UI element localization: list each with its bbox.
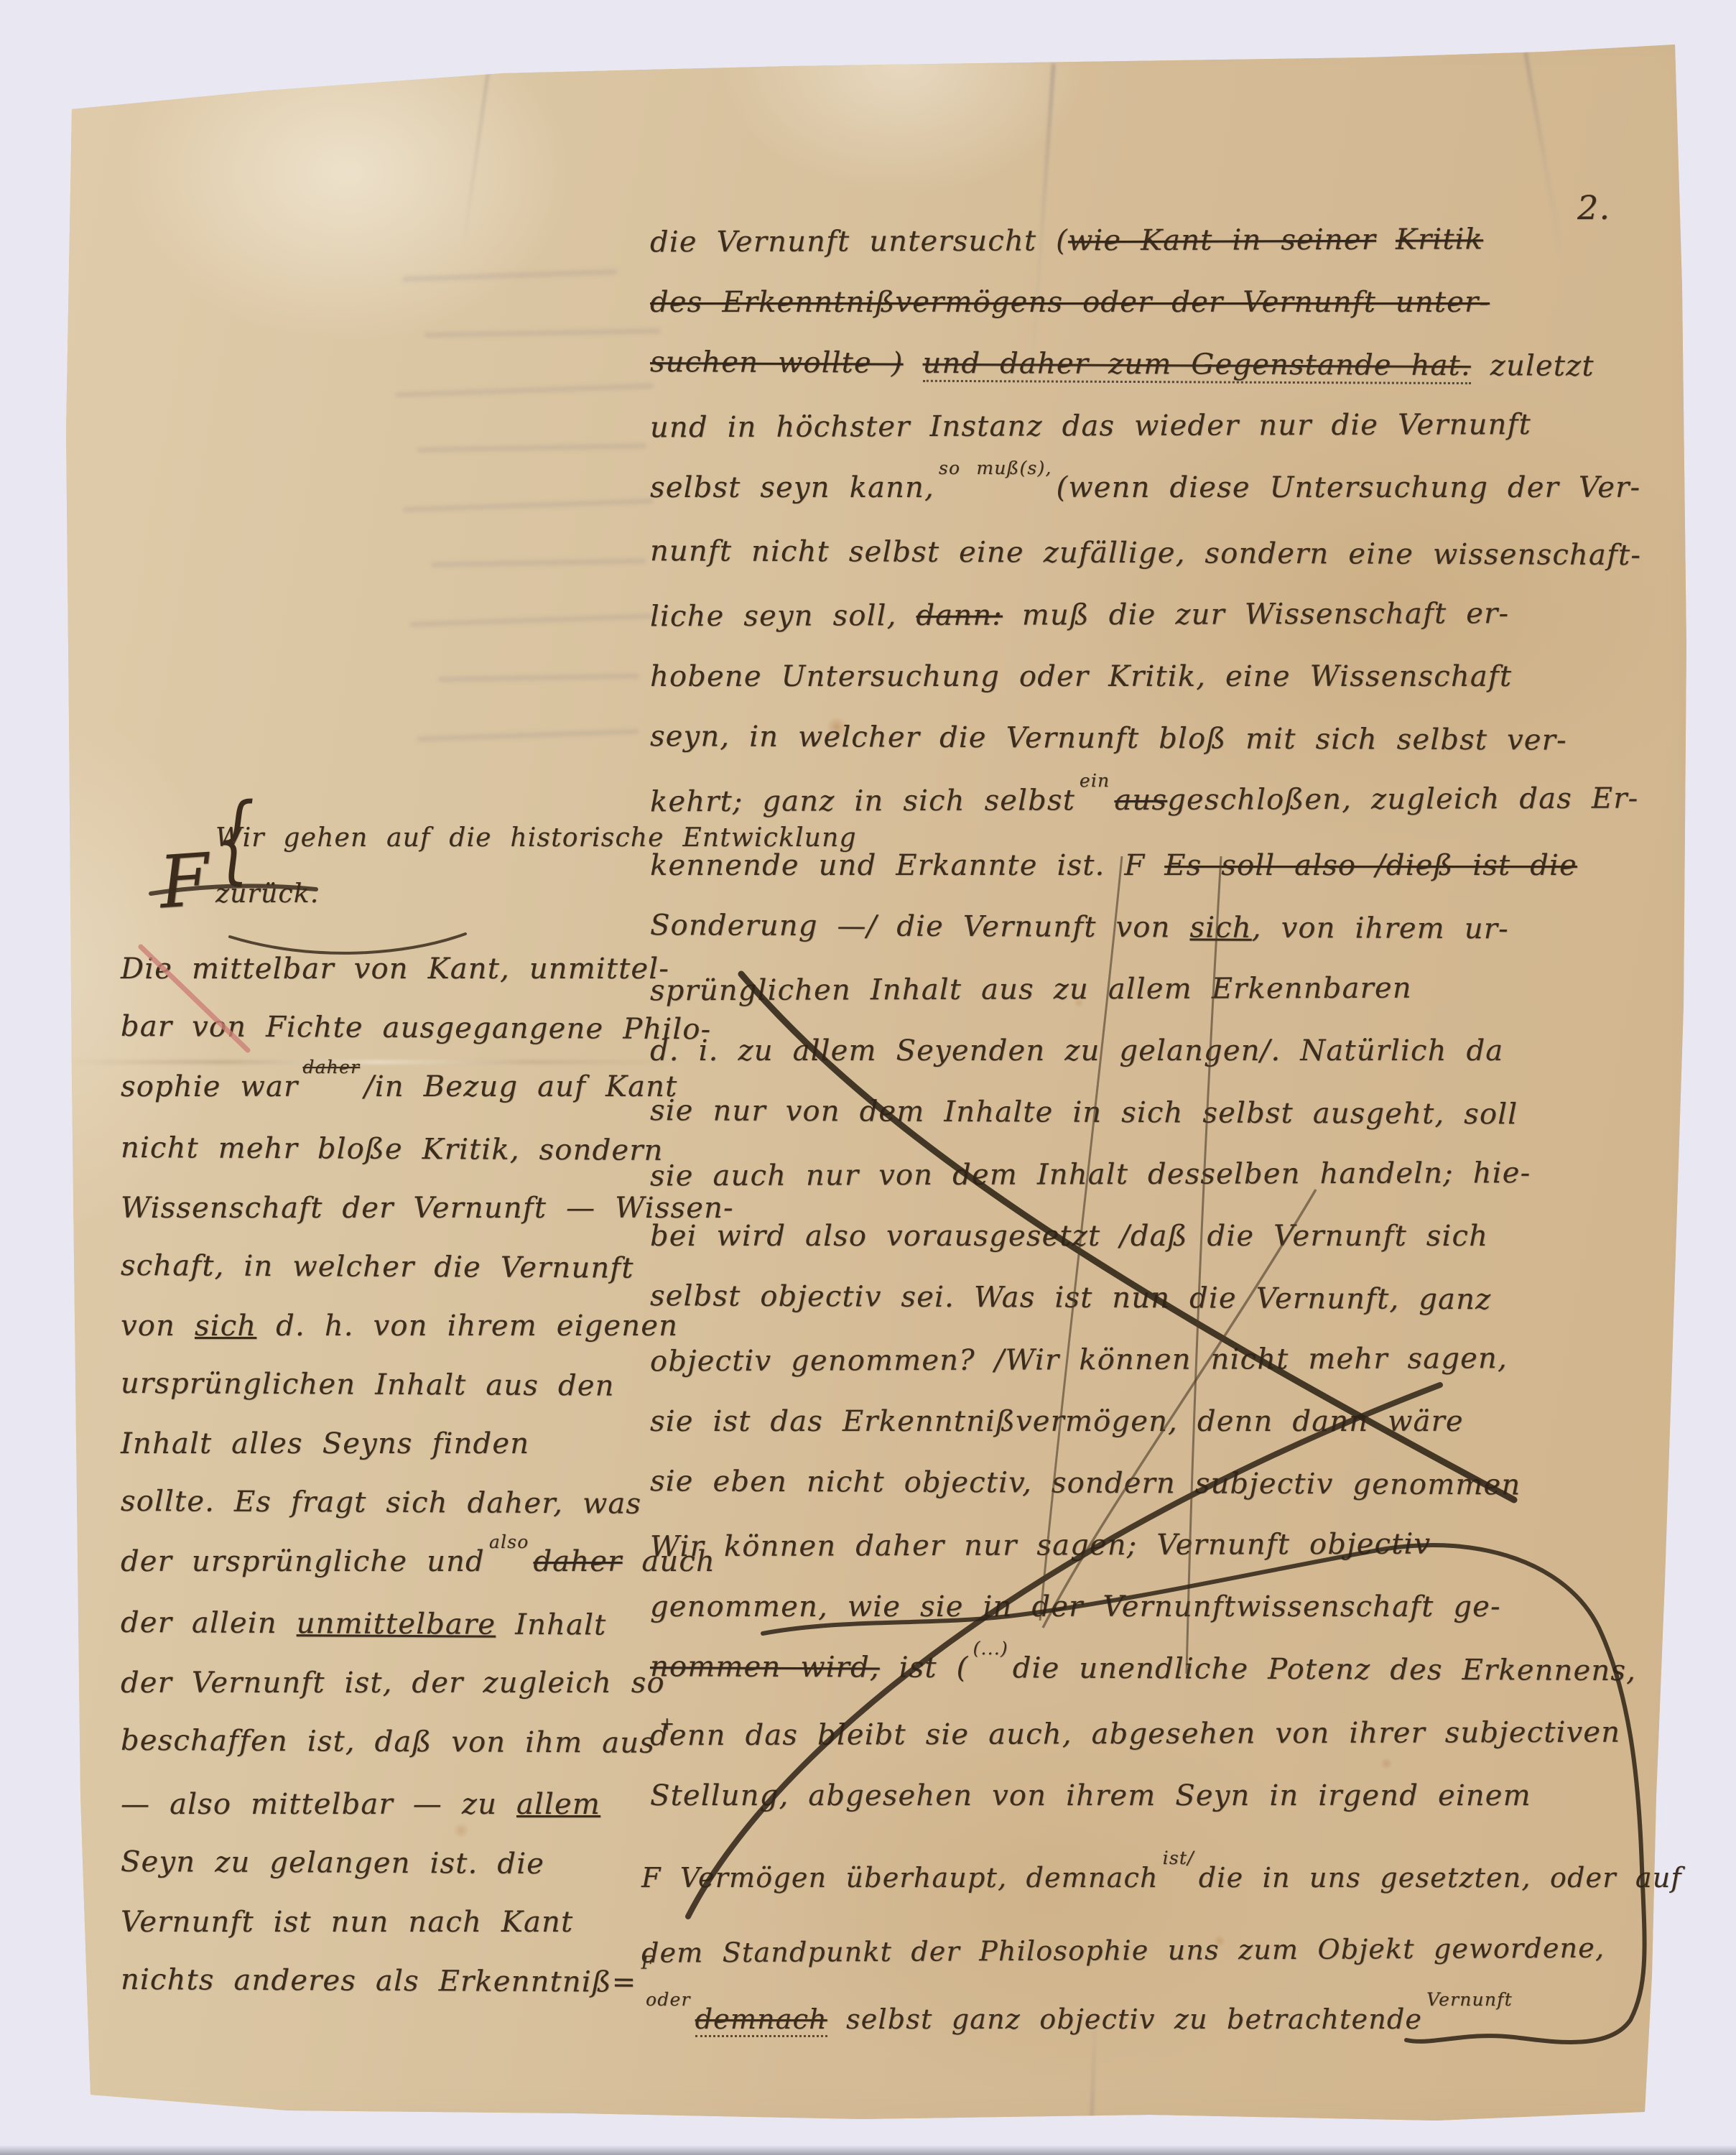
text-line: nichts anderes als Erkenntniß=F [121, 1950, 702, 2016]
vertical-crease-top-left [461, 69, 490, 254]
scanned-manuscript-screenshot: { "page": { "number": "2." }, "colors": … [0, 0, 1736, 2155]
text-line: sie eben nicht objectiv, sondern subject… [650, 1450, 1605, 1516]
text-line: F Vermögen überhaupt, demnachist/die in … [641, 1843, 1661, 1916]
marginal-note-column: Die mittelbar von Kant, unmittel-bar von… [121, 940, 702, 2014]
text-line: liche seyn soll, dann: muß die zur Wisse… [650, 583, 1605, 648]
text-line: Seyn zu gelangen ist. die [121, 1832, 702, 1894]
text-line: und in höchster Instanz das wieder nur d… [650, 394, 1605, 459]
text-line: Inhalt alles Seyns finden [121, 1414, 702, 1473]
text-line: sie nur von dem Inhalte in sich selbst a… [650, 1080, 1605, 1146]
text-line: kehrt; ganz in sich selbsteinausgeschloß… [650, 768, 1605, 837]
text-line: sprünglichen Inhalt aus zu allem Erkennb… [650, 957, 1605, 1022]
text-line: — also mittelbar — zu allem [121, 1775, 702, 1834]
scanner-edge-shadow [0, 2145, 1736, 2155]
text-line: der Vernunft ist, der zugleich so [121, 1654, 702, 1713]
text-line: denn das bleibt sie auch, abgesehen von … [650, 1702, 1605, 1767]
text-line: der ursprüngliche undalsodaher auch [121, 1532, 702, 1595]
text-line: bei wird also vorausgesetzt /daß die Ver… [650, 1205, 1605, 1267]
text-line: oderdemnach selbst ganz objectiv zu betr… [641, 1985, 1661, 2057]
text-line: der allein unmittelbare Inhalt [121, 1593, 702, 1655]
text-line: die Vernunft untersucht (wie Kant in sei… [650, 208, 1605, 274]
text-line: nommen wird, ist ((...)die unendliche Po… [650, 1636, 1605, 1705]
text-line: des Erkenntnißvermögens oder der Vernunf… [650, 272, 1605, 333]
text-line: selbst objectiv sei. Was ist nun die Ver… [650, 1265, 1605, 1331]
text-line: Stellung, abgesehen von ihrem Seyn in ir… [650, 1765, 1605, 1827]
text-line: sollte. Es fragt sich daher, was [121, 1472, 702, 1534]
text-line: ursprünglichen Inhalt aus den [121, 1354, 702, 1416]
insertion-mark-f: F [157, 838, 212, 925]
text-line: selbst seyn kann,so muß(s),(wenn diese U… [650, 457, 1605, 522]
text-line: von sich d. h. von ihrem eigenen [121, 1297, 702, 1355]
text-line: nunft nicht selbst eine zufällige, sonde… [650, 520, 1605, 586]
text-line: sophie wardaher/in Bezug auf Kant [121, 1057, 702, 1120]
text-line: beschaffen ist, daß von ihm aus+ [121, 1711, 702, 1776]
text-line: objectiv genommen? /Wir können nicht meh… [650, 1327, 1605, 1393]
text-line: sie ist das Erkenntnißvermögen, denn dan… [650, 1391, 1605, 1452]
footnote-block: F Vermögen überhaupt, demnachist/die in … [641, 1843, 1661, 2057]
bleedthrough-ghost-text [373, 266, 690, 783]
text-line: Wir können daher nur sagen; Vernunft obj… [650, 1513, 1605, 1578]
text-line: Wissenschaft der Vernunft — Wissen- [121, 1179, 702, 1238]
text-line: seyn, in welcher die Vernunft bloß mit s… [650, 705, 1605, 771]
text-line: suchen wollte ) und daher zum Gegenstand… [650, 331, 1605, 397]
text-line: genommen, wie sie in der Vernunftwissens… [650, 1576, 1605, 1638]
text-line: nicht mehr bloße Kritik, sondern [121, 1118, 702, 1180]
text-line: schaft, in welcher die Vernunft [121, 1236, 702, 1298]
text-line: d. i. zu allem Seyenden zu gelangen/. Na… [650, 1020, 1605, 1082]
text-line: hobene Untersuchung oder Kritik, eine Wi… [650, 646, 1605, 708]
text-line: Die mittelbar von Kant, unmittel- [121, 940, 702, 998]
text-line: kennende und Erkannte ist. F Es soll als… [650, 835, 1605, 896]
main-text-column: die Vernunft untersucht (wie Kant in sei… [650, 210, 1605, 1827]
text-line: sie auch nur von dem Inhalt desselben ha… [650, 1142, 1605, 1208]
text-line: Sonderung —/ die Vernunft von sich, von … [650, 894, 1605, 960]
text-line: Vernunft ist nun nach Kant [121, 1893, 702, 1952]
text-line: bar von Fichte ausgegangene Philo- [121, 997, 702, 1059]
